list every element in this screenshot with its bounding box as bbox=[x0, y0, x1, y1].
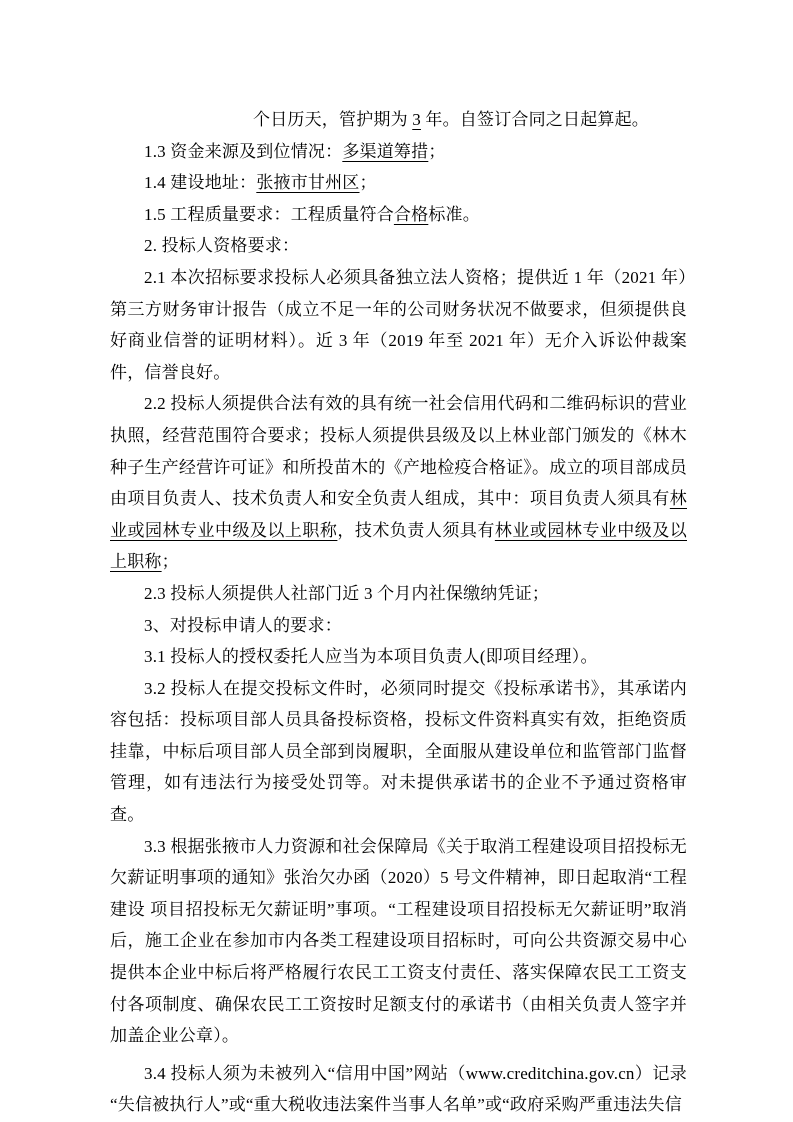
paragraph-2: 2. 投标人资格要求： bbox=[110, 230, 687, 262]
paragraph-3: 3、对投标申请人的要求： bbox=[110, 610, 687, 642]
document-body: 个日历天，管护期为 3 年。自签订合同之日起算起。1.3 资金来源及到位情况：多… bbox=[110, 104, 687, 1121]
text-run: ； bbox=[360, 173, 377, 192]
paragraph-continuation: 个日历天，管护期为 3 年。自签订合同之日起算起。 bbox=[110, 104, 687, 136]
text-run: 1.3 资金来源及到位情况： bbox=[144, 142, 342, 161]
text-run: ，技术负责人须具有 bbox=[337, 521, 494, 540]
text-run: 3.1 投标人的授权委托人应当为本项目负责人(即项目经理）。 bbox=[144, 647, 598, 666]
paragraph-2-3: 2.3 投标人须提供人社部门近 3 个月内社保缴纳凭证； bbox=[110, 578, 687, 610]
paragraph-1-3: 1.3 资金来源及到位情况：多渠道筹措； bbox=[110, 136, 687, 168]
text-run: 3、对投标申请人的要求： bbox=[144, 616, 342, 635]
text-run: 个日历天，管护期为 bbox=[253, 110, 412, 129]
text-run: ； bbox=[162, 552, 179, 571]
text-run: 2.2 投标人须提供合法有效的具有统一社会信用代码和二维码标识的营业执照，经营范… bbox=[110, 394, 687, 508]
text-run: 2.3 投标人须提供人社部门近 3 个月内社保缴纳凭证； bbox=[144, 584, 549, 603]
text-run: 2.1 本次招标要求投标人必须具备独立法人资格；提供近 1 年（2021 年）第… bbox=[110, 268, 687, 382]
paragraph-3-1: 3.1 投标人的授权委托人应当为本项目负责人(即项目经理）。 bbox=[110, 641, 687, 673]
underlined-text: 多渠道筹措 bbox=[342, 142, 428, 161]
paragraph-1-5: 1.5 工程质量要求：工程质量符合合格标准。 bbox=[110, 199, 687, 231]
underlined-text: 合格 bbox=[394, 205, 428, 224]
text-run: 3.4 投标人须为未被列入“信用中国”网站（www.creditchina.go… bbox=[110, 1064, 687, 1115]
underlined-text: 张掖市甘州区 bbox=[256, 173, 359, 192]
text-run: 1.5 工程质量要求：工程质量符合 bbox=[144, 205, 394, 224]
text-run: 1.4 建设地址： bbox=[144, 173, 256, 192]
paragraph-3-3: 3.3 根据张掖市人力资源和社会保障局《关于取消工程建设项目招投标无欠薪证明事项… bbox=[110, 831, 687, 1052]
text-run: 3.2 投标人在提交投标文件时，必须同时提交《投标承诺书》，其承诺内容包括：投标… bbox=[110, 679, 687, 824]
paragraph-3-2: 3.2 投标人在提交投标文件时，必须同时提交《投标承诺书》，其承诺内容包括：投标… bbox=[110, 673, 687, 831]
paragraph-3-4: 3.4 投标人须为未被列入“信用中国”网站（www.creditchina.go… bbox=[110, 1058, 687, 1121]
document-page: 个日历天，管护期为 3 年。自签订合同之日起算起。1.3 资金来源及到位情况：多… bbox=[0, 0, 793, 1122]
paragraph-2-1: 2.1 本次招标要求投标人必须具备独立法人资格；提供近 1 年（2021 年）第… bbox=[110, 262, 687, 388]
text-run: 3.3 根据张掖市人力资源和社会保障局《关于取消工程建设项目招投标无欠薪证明事项… bbox=[110, 837, 687, 1046]
paragraph-1-4: 1.4 建设地址：张掖市甘州区； bbox=[110, 167, 687, 199]
underlined-text: 3 bbox=[412, 110, 421, 129]
text-run: 年。自签订合同之日起算起。 bbox=[421, 110, 649, 129]
paragraph-2-2: 2.2 投标人须提供合法有效的具有统一社会信用代码和二维码标识的营业执照，经营范… bbox=[110, 388, 687, 578]
text-run: 2. 投标人资格要求： bbox=[144, 236, 299, 255]
text-run: 标准。 bbox=[428, 205, 480, 224]
text-run: ； bbox=[428, 142, 445, 161]
